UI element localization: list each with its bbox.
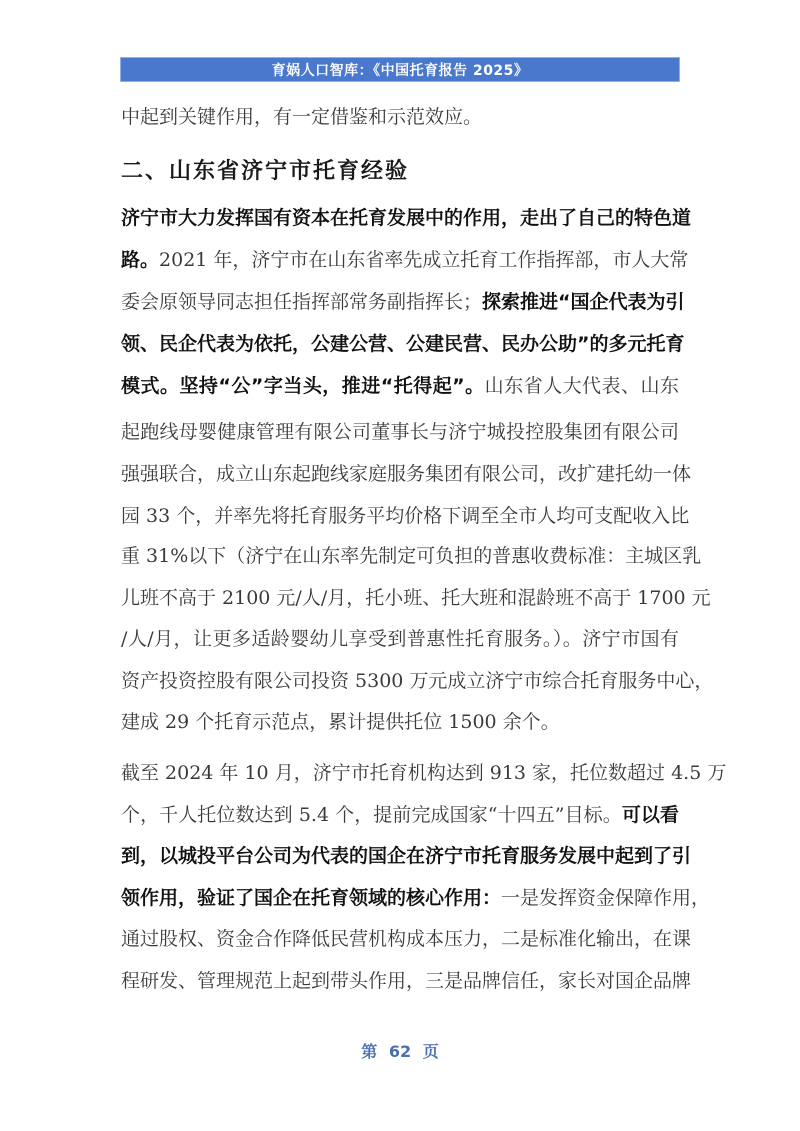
text-line: 中起到关键作用，有一定借鉴和示范效应。 <box>121 104 679 130</box>
text-line: 济宁市大力发挥国有资本在托育发展中的作用，走出了自己的特色道 <box>121 205 679 231</box>
text-line: 资产投资控股有限公司投资 5300 万元成立济宁市综合托育服务中心， <box>121 668 679 694</box>
bold-text: 济宁市大力发挥国有资本在托育发展中的作用，走出了自己的特色道 <box>121 207 691 229</box>
body-text-span: 程研发、管理规范上起到带头作用，三是品牌信任，家长对国企品牌 <box>121 970 691 992</box>
text-line: 领、民企代表为依托，公建公营、公建民营、民办公助”的多元托育 <box>121 331 679 357</box>
text-line: 模式。坚持“公”字当头，推进“托得起”。山东省人大代表、山东 <box>121 373 679 399</box>
body-text-span: 资产投资控股有限公司投资 5300 万元成立济宁市综合托育服务中心， <box>121 670 713 692</box>
body-text-span: 个，千人托位数达到 5.4 个，提前完成国家“十四五”目标。 <box>121 804 622 826</box>
body-text-span: 通过股权、资金合作降低民营机构成本压力，二是标准化输出，在课 <box>121 928 691 950</box>
text-line: 程研发、管理规范上起到带头作用，三是品牌信任，家长对国企品牌 <box>121 968 679 994</box>
bold-text: 模式。坚持“公”字当头，推进“托得起”。 <box>121 375 485 397</box>
body-text-span: 委会原领导同志担任指挥部常务副指挥长； <box>121 291 482 313</box>
body-text-span: 中起到关键作用，有一定借鉴和示范效应。 <box>121 106 482 128</box>
text-line: 通过股权、资金合作降低民营机构成本压力，二是标准化输出，在课 <box>121 926 679 952</box>
body-text-span: 2021 年，济宁市在山东省率先成立托育工作指挥部，市人大常 <box>159 249 688 271</box>
bold-text: 领、民企代表为依托，公建公营、公建民营、民办公助”的多元托育 <box>121 333 685 355</box>
text-line: 路。2021 年，济宁市在山东省率先成立托育工作指挥部，市人大常 <box>121 247 679 273</box>
body-text-span: 起跑线母婴健康管理有限公司董事长与济宁城投控股集团有限公司 <box>121 421 679 443</box>
section-heading: 二、山东省济宁市托育经验 <box>121 154 409 185</box>
text-line: 园 33 个，并率先将托育服务平均价格下调至全市人均可支配收入比 <box>121 503 679 529</box>
text-line: 儿班不高于 2100 元/人/月，托小班、托大班和混龄班不高于 1700 元 <box>121 585 679 611</box>
text-line: 起跑线母婴健康管理有限公司董事长与济宁城投控股集团有限公司 <box>121 419 679 445</box>
bold-text: 到，以城投平台公司为代表的国企在济宁市托育服务发展中起到了引 <box>121 845 691 867</box>
body-text-span: 重 31%以下（济宁在山东率先制定可负担的普惠收费标准：主城区乳 <box>121 545 701 567</box>
text-line: 到，以城投平台公司为代表的国企在济宁市托育服务发展中起到了引 <box>121 843 679 869</box>
text-line: 强强联合，成立山东起跑线家庭服务集团有限公司，改扩建托幼一体 <box>121 461 679 487</box>
page-number: 第 62 页 <box>0 1039 800 1062</box>
bold-text: 路。 <box>121 249 159 271</box>
text-line: 个，千人托位数达到 5.4 个，提前完成国家“十四五”目标。可以看 <box>121 802 679 828</box>
text-line: 委会原领导同志担任指挥部常务副指挥长；探索推进“国企代表为引 <box>121 289 679 315</box>
body-text-span: 截至 2024 年 10 月，济宁市托育机构达到 913 家，托位数超过 4.5… <box>121 762 726 784</box>
bold-text: 探索推进“国企代表为引 <box>482 291 685 313</box>
text-line: 建成 29 个托育示范点，累计提供托位 1500 余个。 <box>121 709 679 735</box>
body-text-span: /人/月，让更多适龄婴幼儿享受到普惠性托育服务。）。济宁市国有 <box>121 628 679 650</box>
body-text-span: 园 33 个，并率先将托育服务平均价格下调至全市人均可支配收入比 <box>121 505 689 527</box>
body-text-span: 儿班不高于 2100 元/人/月，托小班、托大班和混龄班不高于 1700 元 <box>121 587 711 609</box>
report-title: 育娲人口智库：《中国托育报告 2025》 <box>272 60 529 80</box>
body-text-span: 建成 29 个托育示范点，累计提供托位 1500 余个。 <box>121 711 560 733</box>
body-text-span: 一是发挥资金保障作用， <box>501 887 710 909</box>
bold-text: 可以看 <box>622 804 679 826</box>
body-text-span: 强强联合，成立山东起跑线家庭服务集团有限公司，改扩建托幼一体 <box>121 463 691 485</box>
body-text-span: 山东省人大代表、山东 <box>485 375 679 397</box>
text-line: 重 31%以下（济宁在山东率先制定可负担的普惠收费标准：主城区乳 <box>121 543 679 569</box>
text-line: /人/月，让更多适龄婴幼儿享受到普惠性托育服务。）。济宁市国有 <box>121 626 679 652</box>
bold-text: 领作用，验证了国企在托育领域的核心作用： <box>121 887 501 909</box>
text-line: 领作用，验证了国企在托育领域的核心作用：一是发挥资金保障作用， <box>121 885 679 911</box>
report-header-bar: 育娲人口智库：《中国托育报告 2025》 <box>120 57 680 82</box>
text-line: 截至 2024 年 10 月，济宁市托育机构达到 913 家，托位数超过 4.5… <box>121 760 679 786</box>
